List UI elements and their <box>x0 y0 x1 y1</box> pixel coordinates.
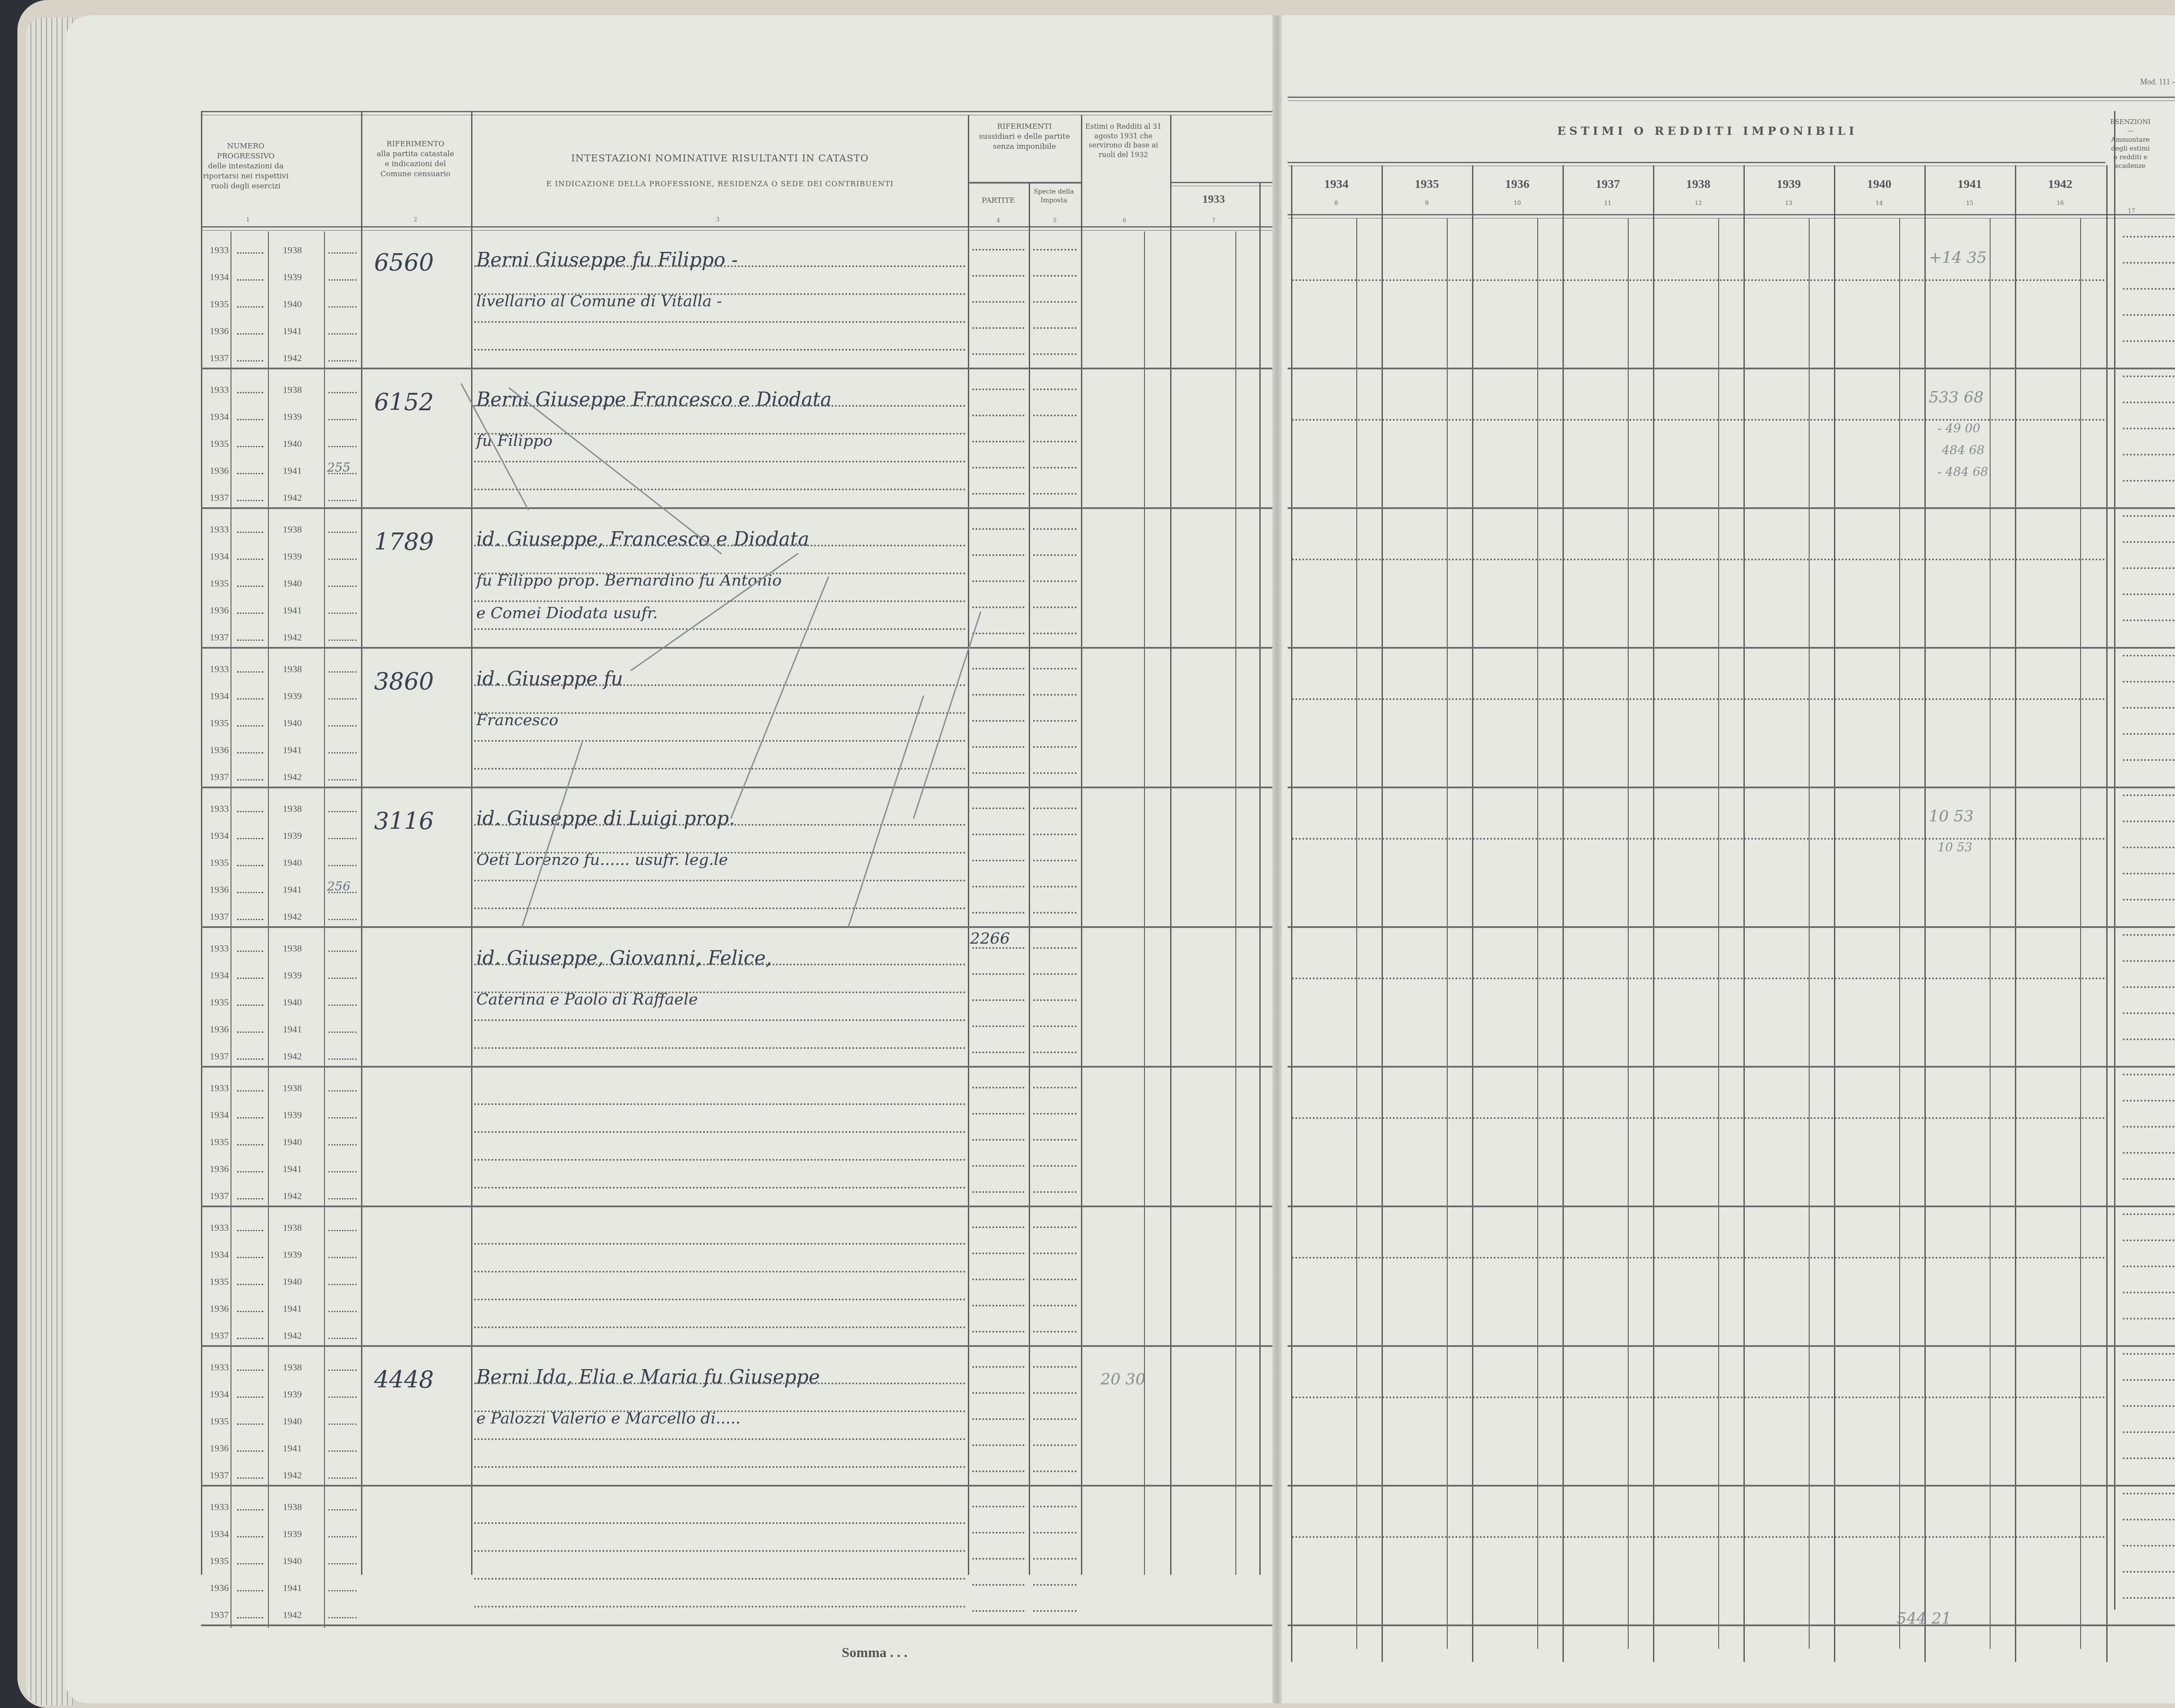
year-label: 1940 <box>283 1555 302 1567</box>
grid-line <box>1033 1558 1077 1560</box>
grid-line <box>1288 1485 2175 1487</box>
esenzioni-header: ESENZIONI — Ammontare degli estimi o red… <box>2110 117 2151 171</box>
somma-label: Somma . . . <box>842 1644 907 1661</box>
year-header-1939: 1939 <box>1743 176 1834 193</box>
grid-line <box>1292 279 2105 281</box>
grid-line <box>328 838 357 839</box>
grid-line <box>328 279 357 281</box>
year-label: 1939 <box>283 830 302 841</box>
grid-line <box>972 1444 1024 1446</box>
grid-line <box>237 446 263 447</box>
grid-line <box>237 1563 263 1564</box>
year-col-number: 9 <box>1422 200 1431 207</box>
grid-line <box>1288 162 2105 163</box>
grid-line <box>972 1418 1024 1420</box>
grid-line <box>2123 1493 2175 1494</box>
grid-line <box>237 1509 263 1510</box>
year-label: 1937 <box>210 1190 229 1202</box>
grid-line <box>1033 415 1077 416</box>
grid-line <box>237 640 263 641</box>
partita-number: 4448 <box>374 1366 434 1393</box>
year-label: 1933 <box>210 524 229 535</box>
value-1941: 533 68 <box>1929 388 1984 406</box>
grid-line <box>328 532 357 533</box>
grid-line <box>1033 947 1077 949</box>
grid-line <box>474 349 966 351</box>
grid-line <box>972 415 1024 416</box>
grid-line <box>2080 218 2081 1649</box>
grid-line <box>2123 428 2175 429</box>
grid-line <box>201 507 1272 509</box>
grid-line <box>1292 1536 2105 1538</box>
grid-line <box>328 252 357 254</box>
grid-line <box>237 1230 263 1231</box>
grid-line <box>1033 633 1077 634</box>
year-col-number: 12 <box>1694 200 1703 207</box>
grid-line <box>2123 402 2175 403</box>
grid-line <box>237 532 263 533</box>
grid-line <box>2123 1012 2175 1014</box>
grid-line <box>474 1578 966 1580</box>
grid-line <box>972 746 1024 748</box>
year-label: 1942 <box>283 1190 302 1202</box>
grid-line <box>1170 115 1171 1575</box>
grid-line <box>972 353 1024 355</box>
grid-line <box>1033 807 1077 809</box>
grid-line <box>972 947 1024 949</box>
grid-line <box>1033 1139 1077 1141</box>
grid-line <box>1288 926 2175 928</box>
col45-title: RIFERIMENTI <box>968 122 1081 132</box>
grid-line <box>1292 419 2105 421</box>
year-label: 1938 <box>283 803 302 814</box>
grid-line <box>328 559 357 560</box>
grid-line <box>1033 388 1077 390</box>
grid-line <box>237 1090 263 1092</box>
grid-line <box>972 1470 1024 1472</box>
grid-line <box>201 1345 1272 1347</box>
col2-title: RIFERIMENTO <box>363 139 468 149</box>
grid-line <box>972 388 1024 390</box>
grid-line <box>1472 165 1473 1662</box>
grid-line <box>237 919 263 920</box>
grid-line <box>1033 554 1077 556</box>
grid-line <box>2123 1353 2175 1355</box>
grid-line <box>968 115 969 1575</box>
year-header-1935: 1935 <box>1382 176 1472 193</box>
grid-line <box>237 1005 263 1006</box>
grid-line <box>972 1392 1024 1394</box>
grid-line <box>972 633 1024 634</box>
year-label: 1942 <box>283 632 302 643</box>
esenzioni-title: ESENZIONI <box>2110 117 2151 126</box>
year-label: 1935 <box>210 1555 229 1567</box>
grid-line <box>2123 1431 2175 1433</box>
grid-line <box>237 1370 263 1371</box>
grid-line <box>237 1450 263 1452</box>
grid-line <box>474 768 966 770</box>
grid-line <box>2123 1318 2175 1320</box>
grid-line <box>328 919 357 920</box>
grid-line <box>474 1522 966 1524</box>
grid-line <box>1292 1397 2105 1398</box>
grid-line <box>2123 1292 2175 1293</box>
grid-line <box>2123 1597 2175 1599</box>
grid-line <box>972 554 1024 556</box>
grid-line <box>474 1019 966 1021</box>
book-gutter <box>1272 15 1282 1703</box>
entry-name-line1: Berni Giuseppe Francesco e Diodata <box>476 388 832 411</box>
grid-line <box>1033 1191 1077 1193</box>
grid-line <box>1033 327 1077 329</box>
grid-line <box>2123 340 2175 342</box>
grid-line <box>972 1253 1024 1254</box>
year-label: 1936 <box>210 1163 229 1175</box>
col2-number: 2 <box>411 217 420 223</box>
year-label: 1940 <box>283 1136 302 1148</box>
col3-subtitle: E INDICAZIONE DELLA PROFESSIONE, RESIDEN… <box>474 179 966 189</box>
year-label: 1941 <box>283 605 302 616</box>
grid-line <box>328 1171 357 1172</box>
grid-line <box>328 752 357 754</box>
year-label: 1934 <box>210 1249 229 1260</box>
grid-line <box>972 1113 1024 1115</box>
year-header-1938: 1938 <box>1653 176 1743 193</box>
grid-line <box>474 1466 966 1468</box>
grid-line <box>1033 1253 1077 1254</box>
entry-name-line1: id. Giuseppe fu <box>476 668 623 690</box>
year-label: 1933 <box>210 1362 229 1373</box>
grid-line <box>972 999 1024 1001</box>
grid-line <box>2123 314 2175 316</box>
grid-line <box>328 1617 357 1618</box>
year-label: 1934 <box>210 690 229 702</box>
year-label: 1935 <box>210 1276 229 1287</box>
year-label: 1941 <box>283 1163 302 1175</box>
grid-line <box>1447 218 1448 1649</box>
grid-line <box>1033 580 1077 582</box>
grid-line <box>361 111 362 1575</box>
year-label: 1937 <box>210 771 229 783</box>
year-col-number: 15 <box>1965 200 1974 207</box>
grid-line <box>2123 262 2175 264</box>
grid-line <box>1718 218 1719 1649</box>
grid-line <box>1033 973 1077 975</box>
grid-line <box>328 698 357 700</box>
year-label: 1937 <box>210 1609 229 1621</box>
grid-line <box>2123 1239 2175 1241</box>
year-label: 1942 <box>283 771 302 783</box>
grid-line <box>474 852 966 854</box>
grid-line <box>1809 218 1810 1649</box>
year-header-1942: 1942 <box>2015 176 2105 193</box>
grid-line <box>1033 1470 1077 1472</box>
col17-number: 17 <box>2127 208 2136 214</box>
grid-line <box>328 779 357 780</box>
grid-line <box>1033 1506 1077 1507</box>
year-label: 1940 <box>283 1416 302 1427</box>
grid-line <box>328 1563 357 1564</box>
grid-line <box>1033 1305 1077 1306</box>
year-label: 1941 <box>283 325 302 337</box>
grid-line <box>1628 218 1629 1649</box>
grid-line <box>237 779 263 780</box>
year-label: 1933 <box>210 384 229 395</box>
grid-line <box>1033 1279 1077 1280</box>
grid-line <box>237 473 263 474</box>
col5-number: 5 <box>1051 218 1059 224</box>
right-page <box>1277 15 2175 1703</box>
grid-line <box>237 360 263 362</box>
year-label: 1935 <box>210 298 229 310</box>
grid-line <box>1288 1624 2175 1626</box>
entry-name-line1: id. Giuseppe, Giovanni, Felice, <box>476 947 772 969</box>
grid-line <box>1288 787 2175 788</box>
grid-line <box>328 1397 357 1398</box>
annotazioni-title: ANNOTAZIONI <box>2153 151 2175 161</box>
col1-subtitle: delle intestazioni da riportarsi nei ris… <box>202 161 289 191</box>
year-label: 1941 <box>283 1024 302 1035</box>
grid-line <box>1990 218 1991 1649</box>
grid-line <box>1235 231 1236 1575</box>
grid-line <box>201 1206 1272 1207</box>
grid-line <box>474 1383 966 1384</box>
grid-line <box>1382 165 1383 1662</box>
grid-line <box>2123 1571 2175 1573</box>
grid-line <box>972 1506 1024 1507</box>
estimi-1932: 20 30 <box>1101 1370 1145 1388</box>
grid-line <box>237 559 263 560</box>
grid-line <box>972 493 1024 495</box>
grid-line <box>972 249 1024 251</box>
grid-line <box>474 1243 966 1245</box>
grid-line <box>1033 353 1077 355</box>
grid-line <box>1033 441 1077 442</box>
year-label: 1938 <box>283 663 302 675</box>
year-label: 1934 <box>210 1528 229 1540</box>
grid-line <box>1743 165 1745 1662</box>
grid-line <box>1033 694 1077 696</box>
grid-line <box>1033 834 1077 835</box>
grid-line <box>237 1144 263 1145</box>
entry-name-line1: Berni Ida, Elia e Maria fu Giuseppe <box>476 1366 820 1388</box>
year-label: 1938 <box>283 1362 302 1373</box>
grid-line <box>237 613 263 614</box>
col4-title: PARTITE <box>968 196 1029 206</box>
grid-line <box>237 698 263 700</box>
year-label: 1936 <box>210 744 229 756</box>
grid-line <box>237 1031 263 1033</box>
side-number: 256 <box>327 879 350 894</box>
entry-name-line2: livellario al Comune di Vitalla - <box>476 292 722 310</box>
grid-line <box>1033 1165 1077 1167</box>
year-label: 1940 <box>283 438 302 449</box>
year-label: 1939 <box>283 690 302 702</box>
year-label: 1934 <box>210 411 229 422</box>
grid-line <box>237 1284 263 1285</box>
year-label: 1935 <box>210 438 229 449</box>
grid-line <box>1653 165 1654 1662</box>
year-label: 1936 <box>210 465 229 476</box>
year-header-1934: 1934 <box>1291 176 1382 193</box>
grid-line <box>237 892 263 893</box>
grid-line <box>972 1305 1024 1306</box>
year-label: 1937 <box>210 352 229 364</box>
grid-line <box>1033 1226 1077 1228</box>
col2-header: RIFERIMENTO alla partita catastale e ind… <box>363 139 468 179</box>
grid-line <box>328 1536 357 1537</box>
grid-line <box>1288 507 2175 509</box>
grid-line <box>2123 1405 2175 1407</box>
year-label: 1942 <box>283 1609 302 1621</box>
grid-line <box>328 725 357 727</box>
grid-line <box>1033 275 1077 277</box>
year-label: 1940 <box>283 857 302 868</box>
entry-name-line1: Berni Giuseppe fu Filippo - <box>476 249 738 271</box>
grid-line <box>2123 1213 2175 1215</box>
year-label: 1935 <box>210 1136 229 1148</box>
col1-title: NUMERO PROGRESSIVO <box>202 141 289 161</box>
grid-line <box>328 500 357 501</box>
grid-line <box>474 1159 966 1161</box>
grid-line <box>474 433 966 435</box>
grid-line <box>231 231 231 1628</box>
grid-line <box>1033 860 1077 861</box>
grid-line <box>972 772 1024 774</box>
grid-line <box>1288 647 2175 649</box>
grid-line <box>474 1103 966 1105</box>
grid-line <box>1033 720 1077 722</box>
grid-line <box>972 528 1024 530</box>
grid-line <box>2123 1379 2175 1381</box>
year-label: 1939 <box>283 1249 302 1260</box>
grid-line <box>2123 986 2175 988</box>
entry-name-line1: id. Giuseppe di Luigi prop. <box>476 807 735 830</box>
grid-line <box>2123 873 2175 874</box>
year-label: 1936 <box>210 1582 229 1594</box>
year-col-number: 16 <box>2056 200 2065 207</box>
grid-line <box>328 306 357 308</box>
year-label: 1941 <box>283 465 302 476</box>
entry-name-line1: id. Giuseppe, Francesco e Diodata <box>476 528 809 550</box>
year-label: 1936 <box>210 325 229 337</box>
grid-line <box>972 973 1024 975</box>
grid-line <box>1292 1257 2105 1259</box>
year-label: 1941 <box>283 744 302 756</box>
grid-line <box>474 964 966 965</box>
grid-line <box>328 1117 357 1119</box>
value-1941-b: - 49 00 <box>1937 421 1981 435</box>
grid-line <box>201 111 202 1575</box>
year-col-number: 11 <box>1603 200 1612 207</box>
year-label: 1933 <box>210 943 229 954</box>
col6-title: Estimi o Redditi al 31 agosto 1931 che s… <box>1083 122 1164 159</box>
grid-line <box>474 908 966 909</box>
grid-line <box>328 1423 357 1425</box>
col1-number: 1 <box>244 217 252 223</box>
grid-line <box>2123 236 2175 238</box>
year-label: 1934 <box>210 551 229 562</box>
year-label: 1942 <box>283 1470 302 1481</box>
grid-line <box>972 1226 1024 1228</box>
grid-line <box>328 671 357 673</box>
grid-line <box>1033 1532 1077 1534</box>
grid-line <box>328 1450 357 1452</box>
value-1941-c: 484 68 <box>1942 443 1984 457</box>
grid-line <box>474 712 966 714</box>
grid-line <box>237 838 263 839</box>
esenzioni-subtitle: Ammontare degli estimi o redditi e scade… <box>2110 135 2151 171</box>
grid-line <box>2123 960 2175 962</box>
grid-line <box>972 807 1024 809</box>
grid-line <box>1029 183 1030 1575</box>
grid-line <box>972 301 1024 303</box>
year-label: 1934 <box>210 1389 229 1400</box>
year-label: 1938 <box>283 244 302 256</box>
grid-line <box>237 252 263 254</box>
grid-line <box>237 500 263 501</box>
year-label: 1942 <box>283 352 302 364</box>
grid-line <box>328 586 357 587</box>
grid-line <box>474 293 966 295</box>
grid-line <box>474 573 966 574</box>
col6-number: 6 <box>1120 218 1129 224</box>
grid-line <box>972 1165 1024 1167</box>
grid-line <box>1834 165 1835 1662</box>
year-header-1937: 1937 <box>1563 176 1653 193</box>
year-label: 1935 <box>210 1416 229 1427</box>
grid-line <box>972 1584 1024 1586</box>
year-label: 1941 <box>283 1582 302 1594</box>
year-label: 1933 <box>210 1222 229 1233</box>
grid-line <box>2123 480 2175 482</box>
grid-line <box>328 1090 357 1092</box>
year-label: 1935 <box>210 717 229 729</box>
entry-name-line2: e Palozzi Valerio e Marcello di..... <box>476 1410 740 1427</box>
grid-line <box>201 368 1272 369</box>
grid-line <box>474 489 966 490</box>
grid-line <box>237 1311 263 1312</box>
grid-line <box>474 1550 966 1552</box>
grid-line <box>1292 838 2105 840</box>
grid-line <box>972 834 1024 835</box>
grid-line <box>237 306 263 308</box>
grid-line <box>972 1610 1024 1612</box>
col45-subtitle: sussidiari e delle partite senza imponib… <box>968 132 1081 152</box>
grid-line <box>1288 1345 2175 1347</box>
grid-line <box>972 327 1024 329</box>
partita-number: 3116 <box>374 807 434 835</box>
grid-line <box>1288 368 2175 369</box>
year-label: 1936 <box>210 884 229 895</box>
grid-line <box>474 628 966 630</box>
grid-line <box>2123 794 2175 796</box>
partita-number: 6152 <box>374 388 434 416</box>
grid-line <box>474 1047 966 1049</box>
col4-number: 4 <box>994 218 1003 224</box>
grid-line <box>328 360 357 362</box>
grid-line <box>1033 467 1077 469</box>
grid-line <box>268 231 269 1628</box>
grid-line <box>237 671 263 673</box>
year-label: 1937 <box>210 1051 229 1062</box>
grid-line <box>2123 1100 2175 1102</box>
year-label: 1940 <box>283 298 302 310</box>
year-label: 1933 <box>210 803 229 814</box>
grid-line <box>201 926 1272 928</box>
year-label: 1939 <box>283 1528 302 1540</box>
grid-line <box>328 1144 357 1145</box>
